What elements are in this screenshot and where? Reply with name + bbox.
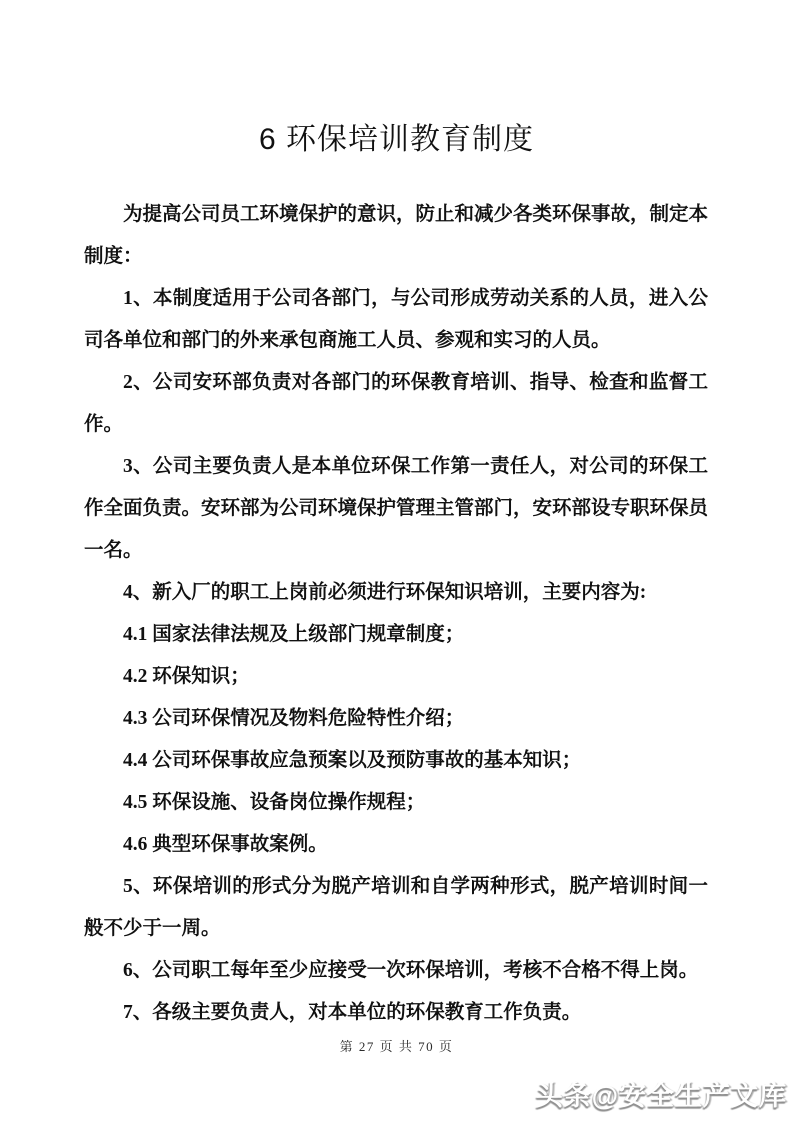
page-number: 第 27 页 共 70 页 xyxy=(0,1036,793,1055)
paragraph-item-4-6: 4.6 典型环保事故案例。 xyxy=(84,824,708,866)
paragraph-item-4-5: 4.5 环保设施、设备岗位操作规程； xyxy=(84,782,708,824)
paragraph-item-7: 7、各级主要负责人，对本单位的环保教育工作负责。 xyxy=(84,992,708,1034)
paragraph-item-3: 3、公司主要负责人是本单位环保工作第一责任人，对公司的环保工作全面负责。安环部为… xyxy=(84,446,708,572)
paragraph-item-4-2: 4.2 环保知识； xyxy=(84,656,708,698)
paragraph-item-6: 6、公司职工每年至少应接受一次环保培训，考核不合格不得上岗。 xyxy=(84,950,708,992)
paragraph-item-5: 5、环保培训的形式分为脱产培训和自学两种形式，脱产培训时间一般不少于一周。 xyxy=(84,866,708,950)
toutiao-watermark: 头条@安全生产文库 xyxy=(536,1074,787,1113)
document-body: 为提高公司员工环境保护的意识，防止和减少各类环保事故，制定本制度： 1、本制度适… xyxy=(84,194,708,1034)
paragraph-item-4-3: 4.3 公司环保情况及物料危险特性介绍； xyxy=(84,698,708,740)
paragraph-item-1: 1、本制度适用于公司各部门，与公司形成劳动关系的人员，进入公司各单位和部门的外来… xyxy=(84,278,708,362)
paragraph-intro: 为提高公司员工环境保护的意识，防止和减少各类环保事故，制定本制度： xyxy=(84,194,708,278)
paragraph-item-4-4: 4.4 公司环保事故应急预案以及预防事故的基本知识； xyxy=(84,740,708,782)
document-page: 6 环保培训教育制度 为提高公司员工环境保护的意识，防止和减少各类环保事故，制定… xyxy=(0,0,793,1122)
paragraph-item-4-1: 4.1 国家法律法规及上级部门规章制度； xyxy=(84,614,708,656)
paragraph-item-4: 4、新入厂的职工上岗前必须进行环保知识培训，主要内容为: xyxy=(84,572,708,614)
document-title: 6 环保培训教育制度 xyxy=(0,118,793,162)
paragraph-item-2: 2、公司安环部负责对各部门的环保教育培训、指导、检查和监督工作。 xyxy=(84,362,708,446)
